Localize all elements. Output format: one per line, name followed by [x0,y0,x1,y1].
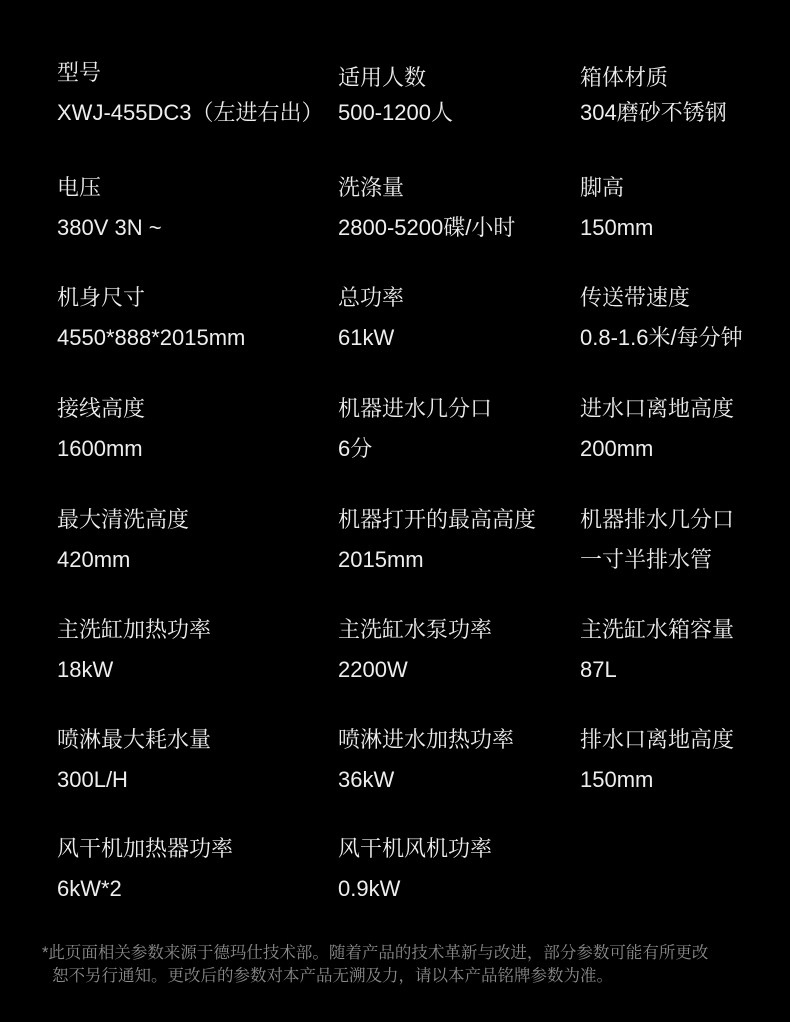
spec-value: 0.8-1.6米/每分钟 [580,325,743,351]
spec-label: 型号 [57,60,101,86]
spec-label: 机器进水几分口 [338,396,492,422]
spec-label: 箱体材质 [580,65,668,91]
spec-value: 一寸半排水管 [580,547,712,573]
spec-label: 总功率 [338,285,404,311]
spec-label: 进水口离地高度 [580,396,734,422]
spec-value: 380V 3N ~ [57,215,162,241]
spec-row: 喷淋最大耗水量 300L/H 喷淋进水加热功率 36kW 排水口离地高度 150… [0,727,790,827]
spec-value: XWJ-455DC3（左进右出） [57,100,323,126]
spec-label: 喷淋最大耗水量 [57,727,211,753]
spec-value: 2200W [338,657,408,683]
spec-value: 36kW [338,767,394,793]
spec-label: 机器排水几分口 [580,507,734,533]
spec-row: 最大清洗高度 420mm 机器打开的最高高度 2015mm 机器排水几分口 一寸… [0,507,790,607]
spec-row: 机身尺寸 4550*888*2015mm 总功率 61kW 传送带速度 0.8-… [0,285,790,385]
spec-label: 电压 [57,175,101,201]
spec-row: 电压 380V 3N ~ 洗涤量 2800-5200碟/小时 脚高 150mm [0,175,790,275]
spec-label: 风干机风机功率 [338,836,492,862]
spec-label: 脚高 [580,175,624,201]
spec-value: 420mm [57,547,130,573]
spec-label: 主洗缸加热功率 [57,617,211,643]
spec-value: 500-1200人 [338,100,453,126]
spec-value: 150mm [580,215,653,241]
footnote-line-1: *此页面相关参数来源于德玛仕技术部。随着产品的技术革新与改进，部分参数可能有所更… [42,944,708,962]
spec-label: 机器打开的最高高度 [338,507,536,533]
spec-row: 接线高度 1600mm 机器进水几分口 6分 进水口离地高度 200mm [0,396,790,496]
spec-value: 2015mm [338,547,424,573]
spec-label: 最大清洗高度 [57,507,189,533]
spec-value: 61kW [338,325,394,351]
spec-value: 87L [580,657,617,683]
disclaimer-footnote: *此页面相关参数来源于德玛仕技术部。随着产品的技术革新与改进，部分参数可能有所更… [42,942,772,988]
spec-label: 适用人数 [338,65,426,91]
spec-value: 2800-5200碟/小时 [338,215,515,241]
spec-label: 主洗缸水箱容量 [580,617,734,643]
spec-value: 18kW [57,657,113,683]
spec-row: 型号 XWJ-455DC3（左进右出） 适用人数 500-1200人 箱体材质 … [0,60,790,160]
spec-label: 喷淋进水加热功率 [338,727,514,753]
footnote-line-2: 恕不另行通知。更改后的参数对本产品无溯及力，请以本产品铭牌参数为准。 [42,965,772,988]
spec-row: 主洗缸加热功率 18kW 主洗缸水泵功率 2200W 主洗缸水箱容量 87L [0,617,790,717]
spec-value: 6kW*2 [57,876,122,902]
spec-value: 150mm [580,767,653,793]
spec-label: 主洗缸水泵功率 [338,617,492,643]
spec-row: 风干机加热器功率 6kW*2 风干机风机功率 0.9kW [0,836,790,936]
spec-value: 0.9kW [338,876,400,902]
spec-label: 传送带速度 [580,285,690,311]
spec-label: 风干机加热器功率 [57,836,233,862]
spec-value: 4550*888*2015mm [57,325,245,351]
spec-value: 6分 [338,436,372,462]
spec-value: 304磨砂不锈钢 [580,100,727,126]
spec-value: 1600mm [57,436,143,462]
spec-value: 300L/H [57,767,128,793]
spec-label: 排水口离地高度 [580,727,734,753]
spec-label: 接线高度 [57,396,145,422]
spec-value: 200mm [580,436,653,462]
spec-label: 洗涤量 [338,175,404,201]
spec-label: 机身尺寸 [57,285,145,311]
